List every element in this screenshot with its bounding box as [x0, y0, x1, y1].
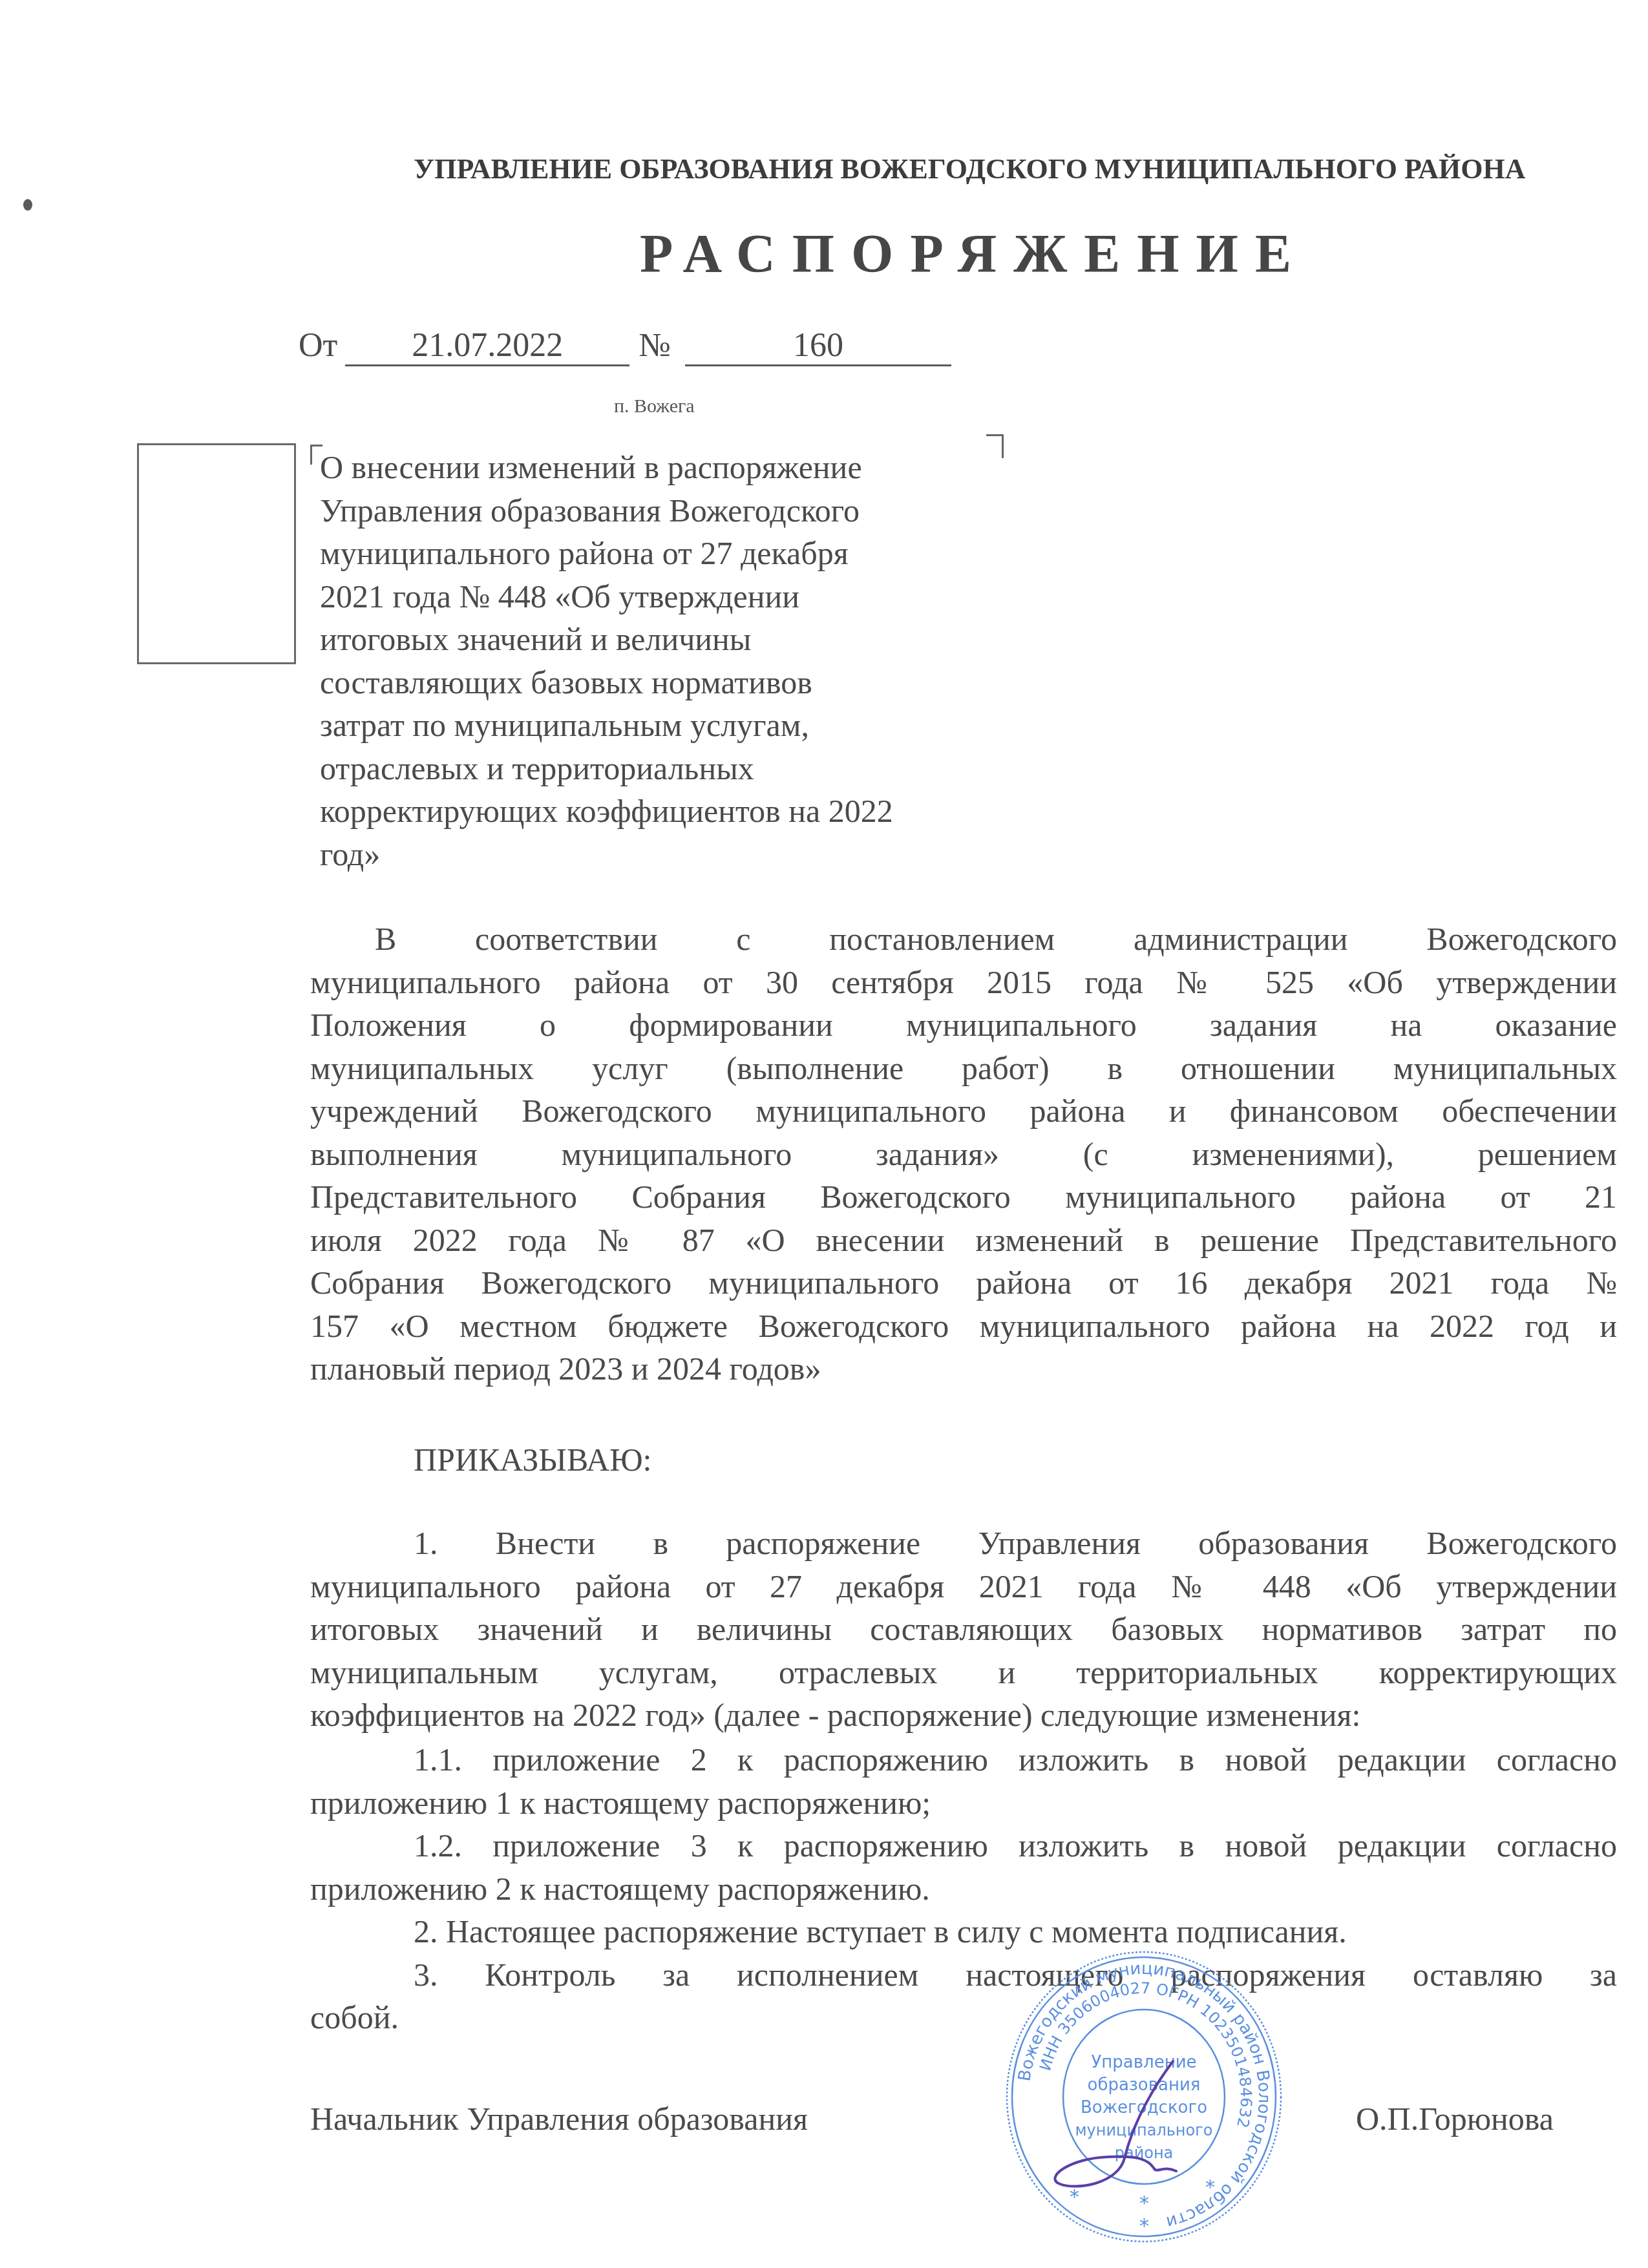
preamble-line: июля 2022 года № 87 «О внесении изменени… [310, 1219, 1617, 1262]
signatory-name: О.П.Горюнова [1356, 2100, 1554, 2137]
place-of-issue: п. Вожега [614, 395, 695, 417]
date-number-row: От21.07.2022№160 [299, 326, 951, 366]
number-label: № [639, 327, 671, 364]
item-line: 1.2. приложение 3 к распоряжению изложит… [310, 1824, 1617, 1867]
subject-line: итоговых значений и величины [320, 618, 1018, 661]
preamble-line: муниципальных услуг (выполнение работ) в… [310, 1047, 1617, 1090]
preamble-line: учреждений Вожегодского муниципального р… [310, 1089, 1617, 1133]
item-1-line: 1. Внести в распоряжение Управления обра… [310, 1522, 1617, 1565]
subject-line: затрат по муниципальным услугам, [320, 704, 1018, 747]
subject-line: Управления образования Вожегодского [320, 489, 1018, 532]
order-word: ПРИКАЗЫВАЮ: [414, 1441, 651, 1478]
svg-text:*: * [1205, 2176, 1215, 2199]
preamble-line: плановый период 2023 и 2024 годов» [310, 1347, 1617, 1391]
seal-icon: Управление образования Вожегодского муни… [998, 1945, 1289, 2249]
preamble-paragraph: В соответствии с постановлением админист… [310, 918, 1617, 1391]
preamble-line: Собрания Вожегодского муниципального рай… [310, 1261, 1617, 1305]
document-date: 21.07.2022 [345, 326, 629, 366]
preamble-line: муниципального района от 30 сентября 201… [310, 961, 1617, 1004]
svg-text:муниципального: муниципального [1075, 2121, 1212, 2139]
item-1-paragraph: 1. Внести в распоряжение Управления обра… [310, 1522, 1617, 1737]
subject-line: отраслевых и территориальных [320, 747, 1018, 790]
document-number: 160 [685, 326, 951, 366]
svg-text:образования: образования [1088, 2075, 1201, 2095]
signatory-position: Начальник Управления образования [310, 2100, 808, 2137]
scan-speck [23, 199, 32, 211]
preamble-line: выполнения муниципального задания» (с из… [310, 1133, 1617, 1176]
subject-block: О внесении изменений в распоряжениеУправ… [320, 446, 1018, 876]
from-label: От [299, 327, 337, 364]
item-1-line: итоговых значений и величины составляющи… [310, 1608, 1617, 1651]
subject-line: корректирующих коэффициентов на 2022 [320, 790, 1018, 833]
item-1-line: муниципальным услугам, отраслевых и терр… [310, 1651, 1617, 1694]
preamble-line: В соответствии с постановлением админист… [310, 918, 1617, 961]
subject-line: муниципального района от 27 декабря [320, 532, 1018, 575]
preamble-line: 157 «О местном бюджете Вожегодского муни… [310, 1305, 1617, 1348]
item-line: 1.1. приложение 2 к распоряжению изложит… [310, 1738, 1617, 1781]
document-type-title: РАСПОРЯЖЕНИЕ [640, 223, 1308, 286]
items-list: 1.1. приложение 2 к распоряжению изложит… [310, 1738, 1617, 2039]
empty-frame [137, 443, 296, 664]
organization-name: УПРАВЛЕНИЕ ОБРАЗОВАНИЯ ВОЖЕГОДСКОГО МУНИ… [414, 152, 1526, 185]
item-line: 2. Настоящее распоряжение вступает в сил… [310, 1910, 1617, 1953]
svg-text:*: * [1139, 2192, 1149, 2215]
item-line: 3. Контроль за исполнением настоящего ра… [310, 1953, 1617, 1997]
item-line: приложению 2 к настоящему распоряжению. [310, 1867, 1617, 1911]
official-seal-stamp: Управление образования Вожегодского муни… [998, 1945, 1289, 2249]
item-1-line: коэффициентов на 2022 год» (далее - расп… [310, 1694, 1617, 1737]
item-line: приложению 1 к настоящему распоряжению; [310, 1781, 1617, 1825]
preamble-line: Положения о формировании муниципального … [310, 1003, 1617, 1047]
item-line: собой. [310, 1996, 1617, 2039]
svg-text:*: * [1139, 2215, 1149, 2238]
subject-line: 2021 года № 448 «Об утверждении [320, 575, 1018, 618]
subject-line: год» [320, 833, 1018, 876]
item-1-line: муниципального района от 27 декабря 2021… [310, 1565, 1617, 1608]
subject-line: О внесении изменений в распоряжение [320, 446, 1018, 489]
subject-line: составляющих базовых нормативов [320, 661, 1018, 704]
svg-text:Вожегодский муниципальный райо: Вожегодский муниципальный район Вологодс… [1015, 1959, 1274, 2232]
svg-text:Управление: Управление [1091, 2053, 1196, 2072]
preamble-line: Представительного Собрания Вожегодского … [310, 1175, 1617, 1219]
svg-text:*: * [1070, 2186, 1079, 2209]
